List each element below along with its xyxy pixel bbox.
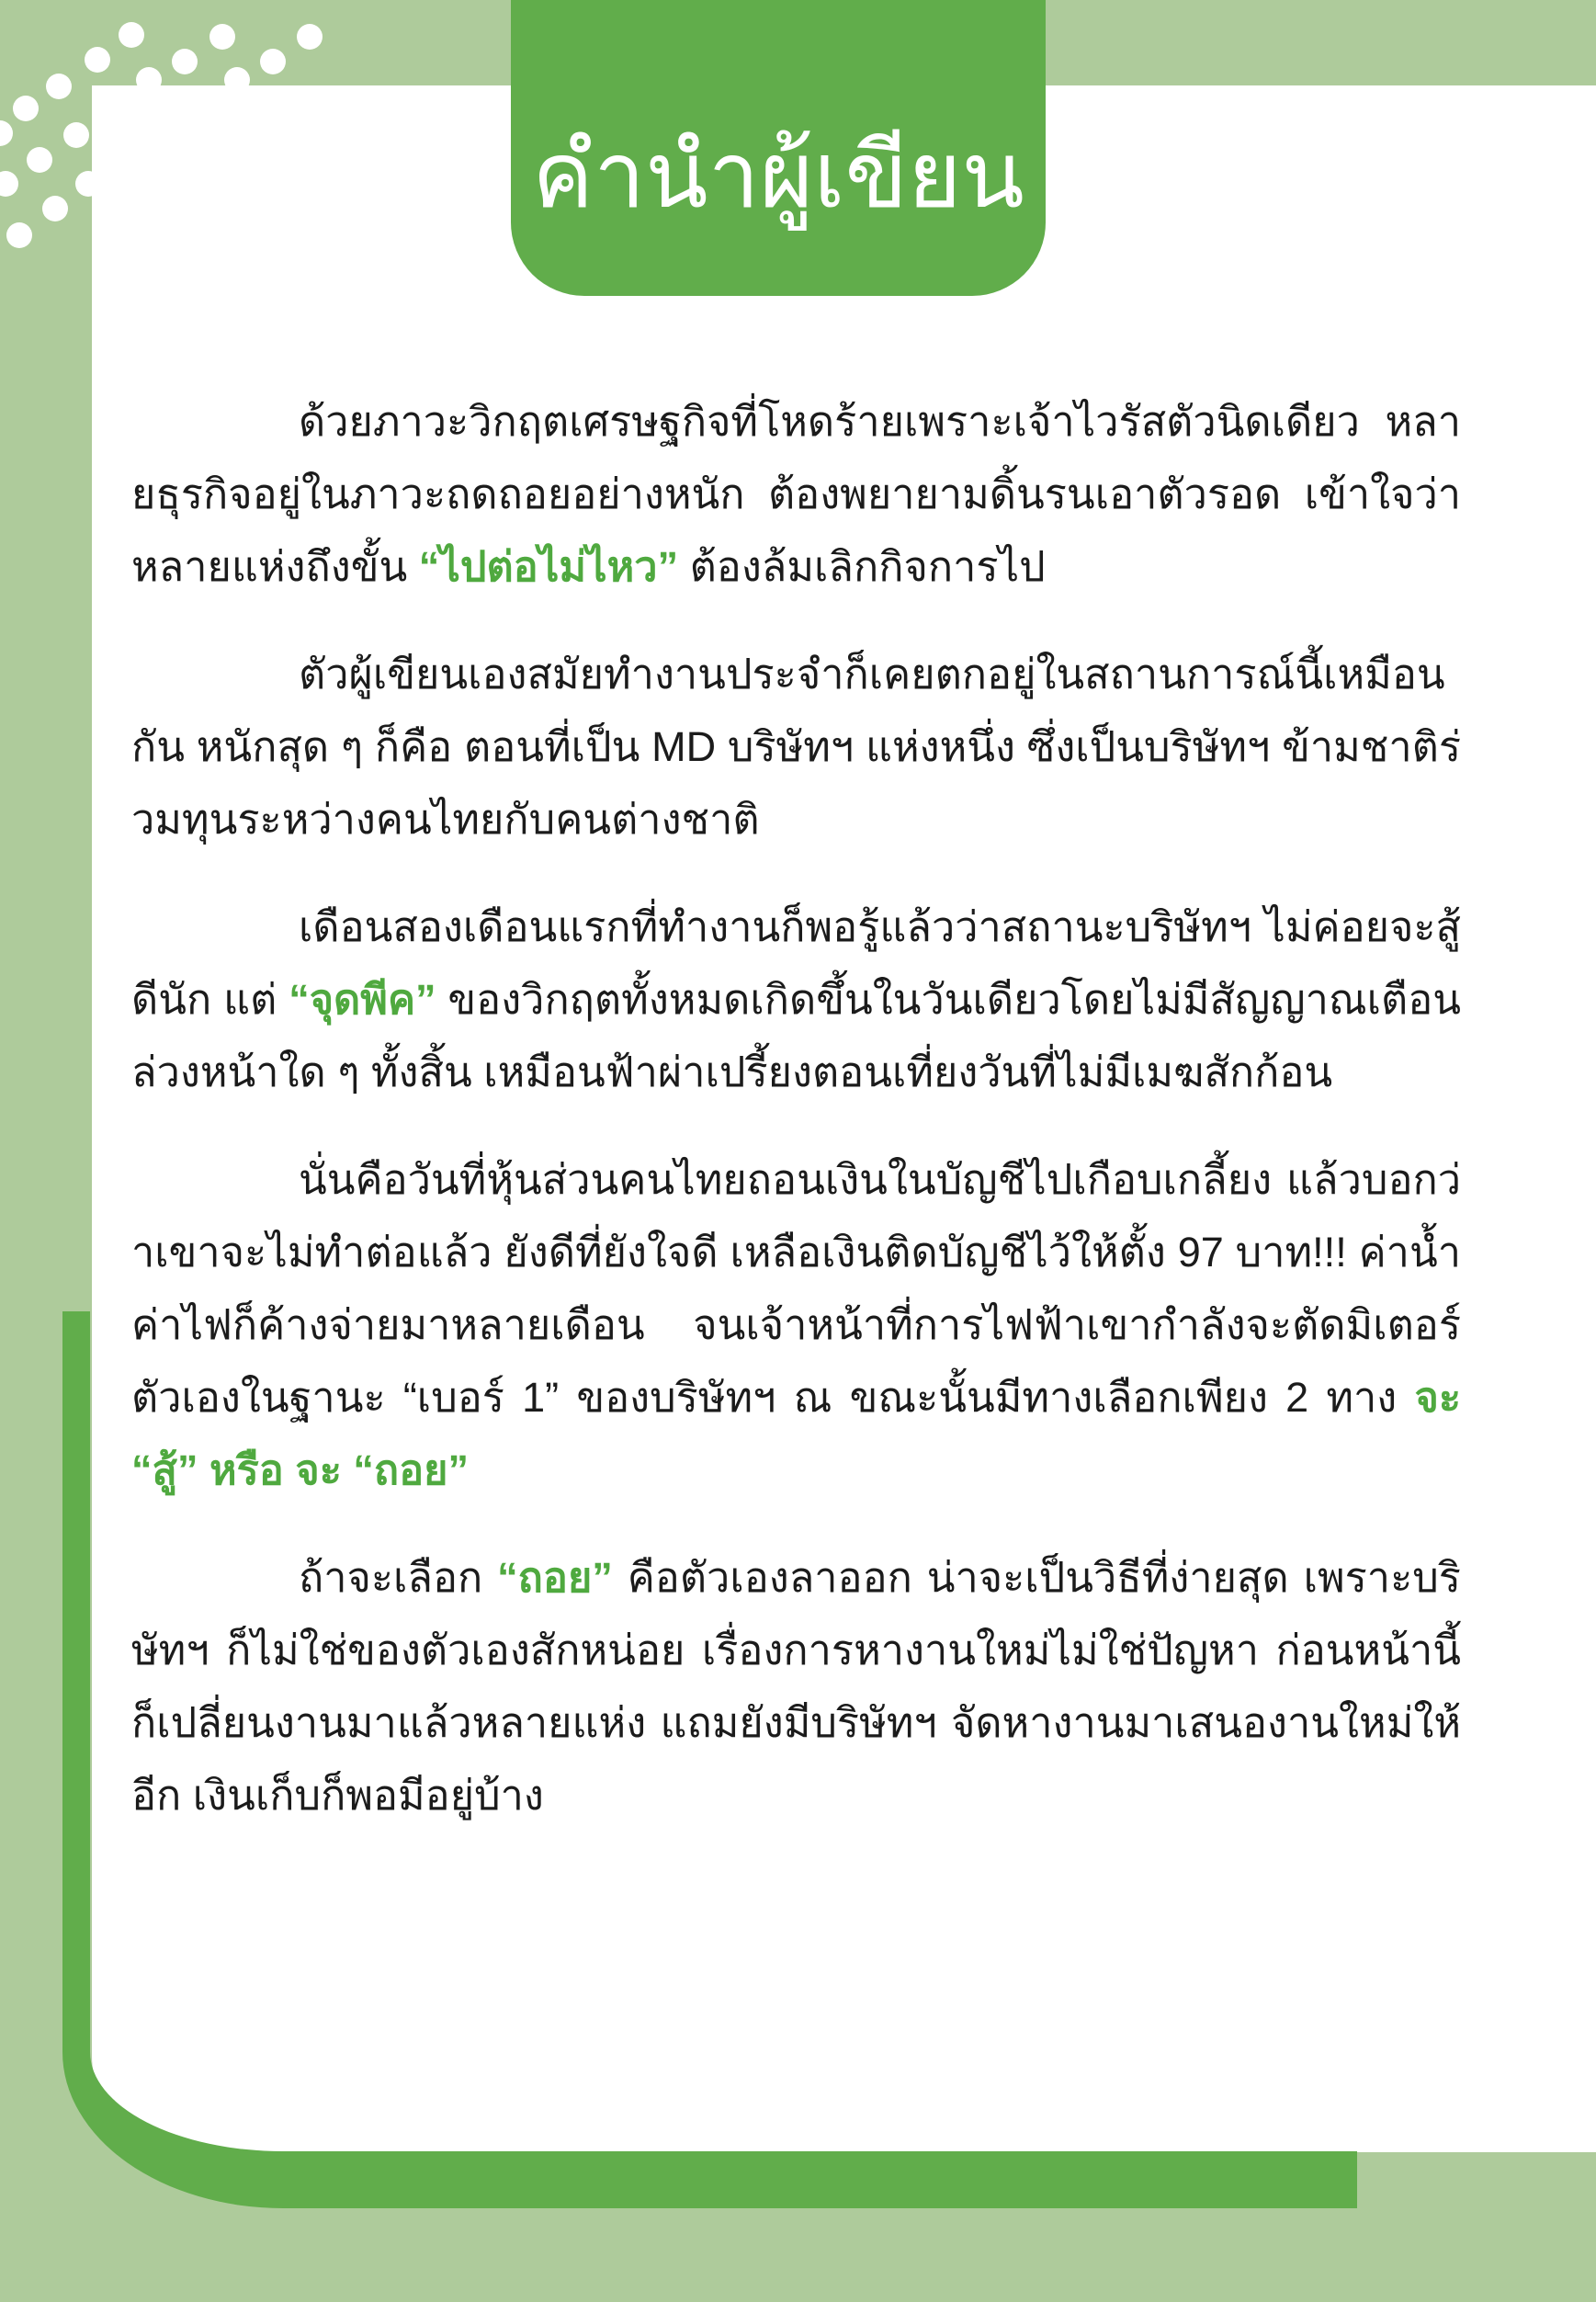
text-run: นั่นคือวันที่หุ้นส่วนคนไทยถอนเงินในบัญชี… xyxy=(131,1156,1461,1421)
page-background: คำนำผู้เขียน ด้วยภาวะวิกฤตเศรษฐกิจที่โหด… xyxy=(0,0,1596,2302)
header-banner: คำนำผู้เขียน xyxy=(511,0,1046,296)
paragraph: ถ้าจะเลือก “ถอย” คือตัวเองลาออก น่าจะเป็… xyxy=(131,1541,1461,1831)
paragraph: ตัวผู้เขียนเองสมัยทำงานประจำก็เคยตกอยู่ใ… xyxy=(131,638,1461,856)
paragraph: เดือนสองเดือนแรกที่ทำงานก็พอรู้แล้วว่าสถ… xyxy=(131,890,1461,1108)
highlight-phrase: “จุดพีค” xyxy=(289,976,436,1023)
paragraph: ด้วยภาวะวิกฤตเศรษฐกิจที่โหดร้ายเพราะเจ้า… xyxy=(131,385,1461,603)
highlight-phrase: “ถอย” xyxy=(497,1554,613,1601)
body-text: ด้วยภาวะวิกฤตเศรษฐกิจที่โหดร้ายเพราะเจ้า… xyxy=(131,385,1461,1866)
text-run: ตัวผู้เขียนเองสมัยทำงานประจำก็เคยตกอยู่ใ… xyxy=(131,651,1461,843)
highlight-phrase: “ไปต่อไม่ไหว” xyxy=(419,543,678,590)
text-run: ถ้าจะเลือก xyxy=(299,1554,497,1601)
paragraph: นั่นคือวันที่หุ้นส่วนคนไทยถอนเงินในบัญชี… xyxy=(131,1143,1461,1506)
text-run: ต้องล้มเลิกกิจการไป xyxy=(678,543,1046,590)
page-title: คำนำผู้เขียน xyxy=(532,130,1024,221)
